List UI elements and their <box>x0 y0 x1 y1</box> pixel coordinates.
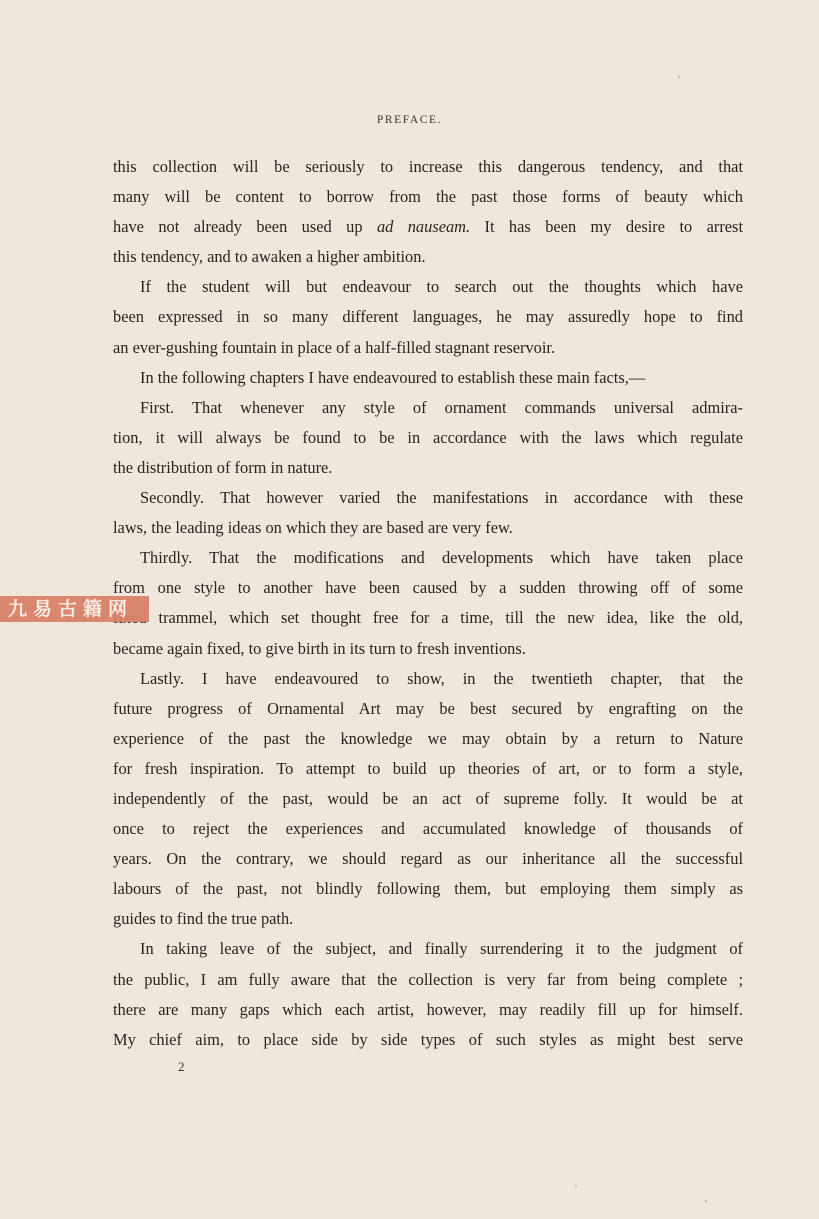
running-head: PREFACE. <box>0 114 819 126</box>
text-line: this tendency, and to awaken a higher am… <box>113 242 743 272</box>
text-line: experience of the past the knowledge we … <box>113 724 743 754</box>
text-line: have not already been used up ad nauseam… <box>113 212 743 242</box>
text-line: this collection will be seriously to inc… <box>113 152 743 182</box>
text-line: the distribution of form in nature. <box>113 453 743 483</box>
text-line: independently of the past, would be an a… <box>113 784 743 814</box>
text-line: Lastly. I have endeavoured to show, in t… <box>113 664 743 694</box>
text-line: If the student will but endeavour to sea… <box>113 272 743 302</box>
text-line: labours of the past, not blindly followi… <box>113 874 743 904</box>
text-line: future progress of Ornamental Art may be… <box>113 694 743 724</box>
text-line: In taking leave of the subject, and fina… <box>113 934 743 964</box>
text-line: years. On the contrary, we should regard… <box>113 844 743 874</box>
text-line: fixed trammel, which set thought free fo… <box>113 603 743 633</box>
text-line: from one style to another have been caus… <box>113 573 743 603</box>
text-line: the public, I am fully aware that the co… <box>113 965 743 995</box>
text-line: became again fixed, to give birth in its… <box>113 634 743 664</box>
watermark-stamp: 九易古籍网 <box>0 596 149 622</box>
text-line: Secondly. That however varied the manife… <box>113 483 743 513</box>
text-line: for fresh inspiration. To attempt to bui… <box>113 754 743 784</box>
text-line: My chief aim, to place side by side type… <box>113 1025 743 1055</box>
body-text: this collection will be seriously to inc… <box>113 152 743 1055</box>
text-line: been expressed in so many different lang… <box>113 302 743 332</box>
paper-speck <box>575 1185 577 1187</box>
text-line: In the following chapters I have endeavo… <box>113 363 743 393</box>
text-line: laws, the leading ideas on which they ar… <box>113 513 743 543</box>
text-line: tion, it will always be found to be in a… <box>113 423 743 453</box>
text-line: guides to find the true path. <box>113 904 743 934</box>
text-line: First. That whenever any style of orname… <box>113 393 743 423</box>
text-line: many will be content to borrow from the … <box>113 182 743 212</box>
paper-speck <box>678 76 680 78</box>
text-line: once to reject the experiences and accum… <box>113 814 743 844</box>
text-line: an ever-gushing fountain in place of a h… <box>113 333 743 363</box>
italic-phrase: ad nauseam. <box>377 217 470 236</box>
page-number: 2 <box>178 1059 185 1075</box>
document-page: PREFACE. this collection will be serious… <box>0 0 819 1219</box>
paper-speck <box>705 1200 707 1202</box>
text-line: there are many gaps which each artist, h… <box>113 995 743 1025</box>
text-line: Thirdly. That the modifications and deve… <box>113 543 743 573</box>
